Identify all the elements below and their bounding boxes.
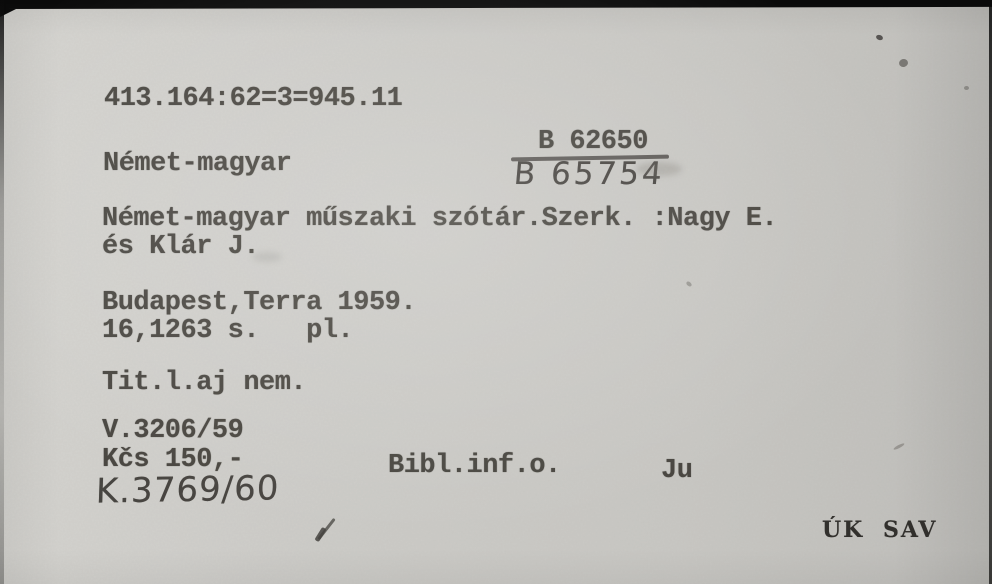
library-stamp: ÚK SAV	[822, 517, 937, 543]
accession-number: V.3206/59	[102, 416, 243, 446]
udc-classification: 413.164:62=3=945.11	[104, 84, 402, 114]
imprint: Budapest,Terra 1959.	[102, 288, 416, 318]
department-note: Bibl.inf.o.	[388, 451, 561, 481]
paper-speck	[685, 281, 692, 288]
scan-edge-top	[0, 0, 992, 9]
cataloguer-initials: Ju	[661, 456, 692, 486]
language-note: Tit.l.aj nem.	[102, 368, 306, 398]
heading-entry: Német-magyar	[103, 149, 291, 179]
paper-speck	[875, 34, 883, 41]
title-statement: Német-magyar műszaki szótár.Szerk. :Nagy…	[102, 204, 777, 234]
order-number-handwritten: K.3769/60	[95, 468, 280, 511]
paper-speck	[893, 442, 905, 450]
pencil-mark-stroke	[314, 527, 326, 542]
catalog-card-scan: 413.164:62=3=945.11 Német-magyar B 62650…	[0, 0, 992, 584]
call-number-typed: B 62650	[538, 127, 648, 157]
paper-smudge	[252, 252, 282, 262]
scan-edge-left	[0, 0, 4, 584]
collation: 16,1263 s. pl.	[102, 316, 353, 346]
paper-smudge	[636, 162, 682, 176]
paper-speck	[964, 86, 969, 90]
paper-speck	[898, 58, 909, 68]
title-continuation: és Klár J.	[102, 232, 259, 262]
